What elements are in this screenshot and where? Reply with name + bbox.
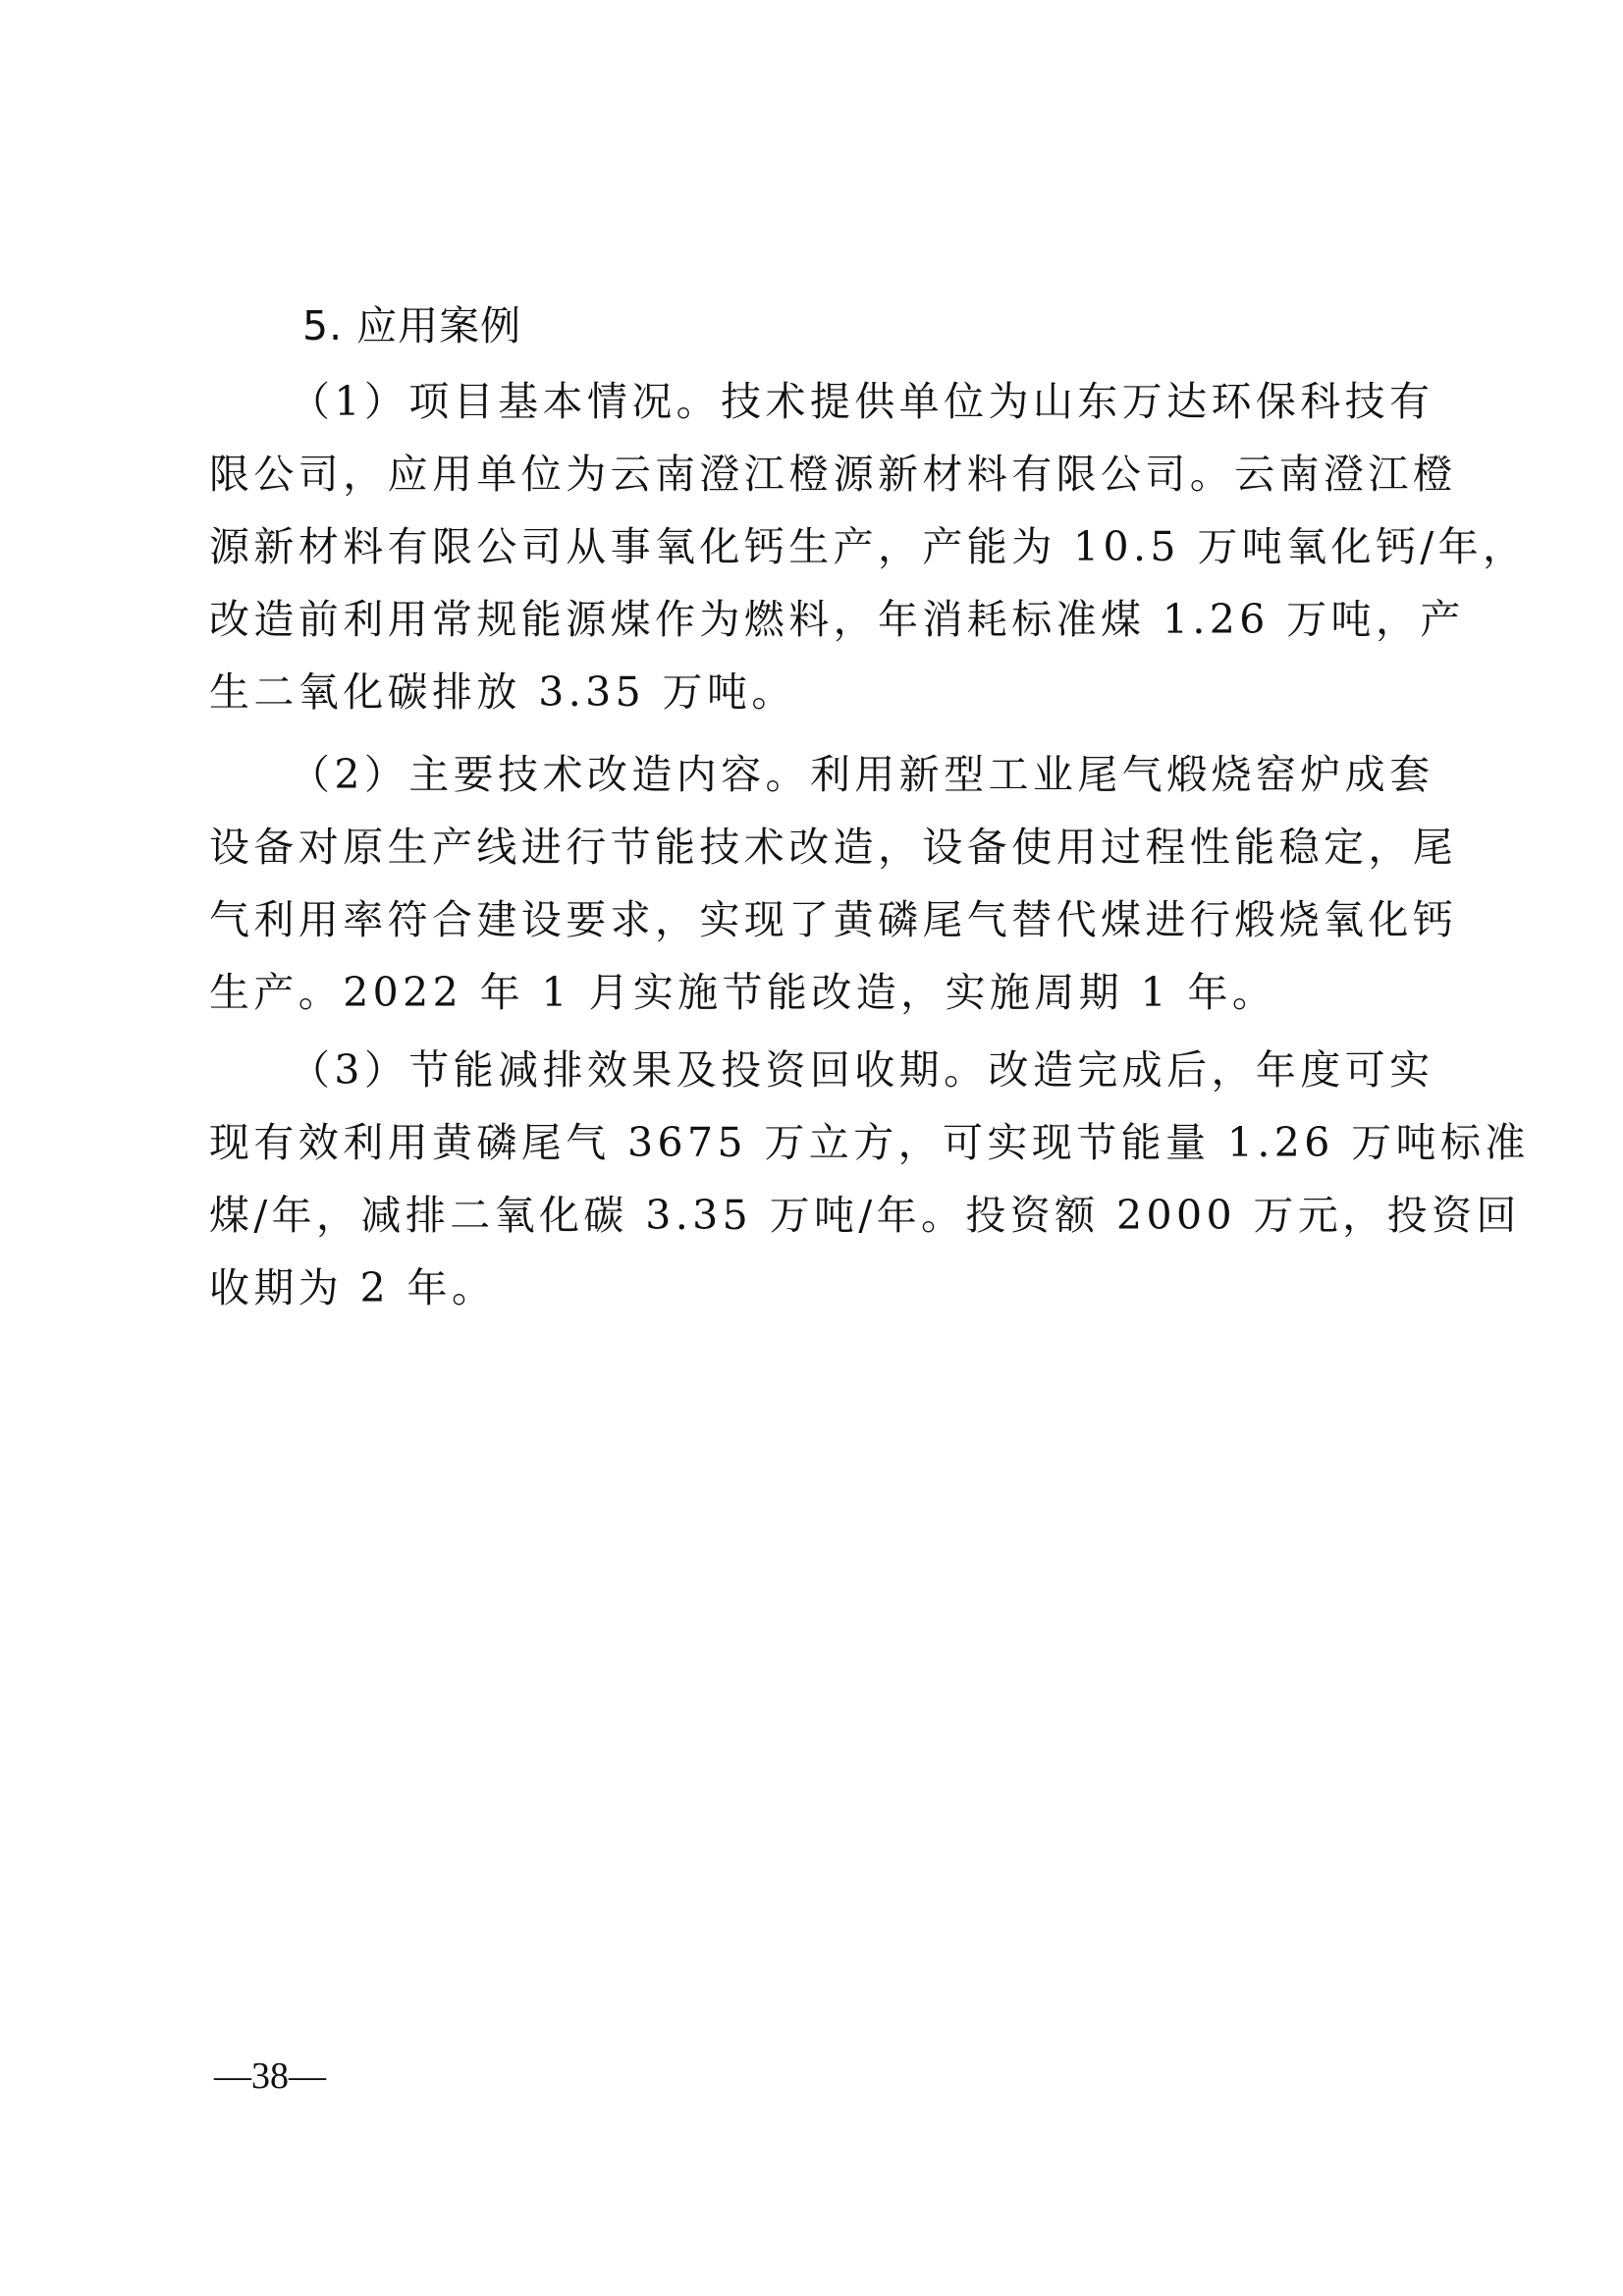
text-line: 现有效利用黄磷尾气 3675 万立方，可实现节能量 1.26 万吨标准: [209, 1106, 1427, 1179]
text-line: 生二氧化碳排放 3.35 万吨。: [209, 656, 1427, 728]
text-line: （3）节能减排效果及投资回收期。改造完成后，年度可实: [209, 1034, 1427, 1106]
text-line: 设备对原生产线进行节能技术改造，设备使用过程性能稳定，尾: [209, 811, 1427, 883]
text-line: 生产。2022 年 1 月实施节能改造，实施周期 1 年。: [209, 956, 1427, 1029]
paragraph-energy-savings: （3）节能减排效果及投资回收期。改造完成后，年度可实 现有效利用黄磷尾气 367…: [209, 1034, 1427, 1324]
section-heading: 5. 应用案例: [302, 298, 521, 353]
text-line: 源新材料有限公司从事氧化钙生产，产能为 10.5 万吨氧化钙/年，: [209, 510, 1427, 583]
document-page: 5. 应用案例 （1）项目基本情况。技术提供单位为山东万达环保科技有 限公司，应…: [0, 0, 1623, 2296]
paragraph-technical-retrofit: （2）主要技术改造内容。利用新型工业尾气煅烧窑炉成套 设备对原生产线进行节能技术…: [209, 738, 1427, 1029]
text-line: 收期为 2 年。: [209, 1252, 1427, 1324]
text-line: 限公司，应用单位为云南澄江橙源新材料有限公司。云南澄江橙: [209, 438, 1427, 510]
text-line: 气利用率符合建设要求，实现了黄磷尾气替代煤进行煅烧氧化钙: [209, 883, 1427, 956]
text-line: （1）项目基本情况。技术提供单位为山东万达环保科技有: [209, 365, 1427, 438]
text-line: （2）主要技术改造内容。利用新型工业尾气煅烧窑炉成套: [209, 738, 1427, 811]
page-number: —38—: [214, 2052, 326, 2101]
paragraph-project-basics: （1）项目基本情况。技术提供单位为山东万达环保科技有 限公司，应用单位为云南澄江…: [209, 365, 1427, 728]
text-line: 煤/年，减排二氧化碳 3.35 万吨/年。投资额 2000 万元，投资回: [209, 1179, 1427, 1252]
text-line: 改造前利用常规能源煤作为燃料，年消耗标准煤 1.26 万吨，产: [209, 583, 1427, 656]
